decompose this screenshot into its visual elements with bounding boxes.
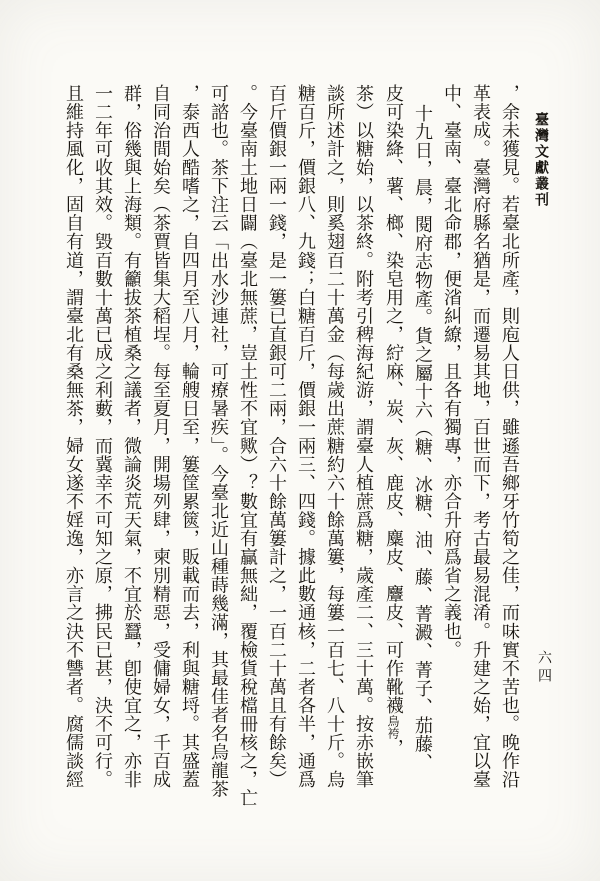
inline-small-note: 鳥袴	[386, 715, 400, 739]
text-column: 。今臺南土地日闢（臺北無蔗，豈土性不宜歟）？數宜有贏無絀，覆檢貨稅檔冊核之，亡	[233, 84, 262, 836]
series-title: 臺灣文獻叢刊	[531, 112, 551, 208]
text-column: 革表成。臺灣府縣名猶是，而遷易其地，百世而下，考古最易混淆。升建之始，宜以臺	[466, 84, 495, 836]
text-column: ，余未獲見。若臺北所產，則庖人日供，雖遜吾鄉牙竹筍之佳，而味實不苦也。晚作沿	[495, 84, 524, 836]
text-column: 十九日，晨，閱府志物產。貨之屬十六（糖、冰糖、油、藤、菁澱、菁子、茄藤、	[408, 84, 437, 836]
text-segment: 皮可染絳、薯、榔、染皂用之，紵麻、炭、灰、鹿皮、麋皮、麞皮、可作靴襪	[383, 84, 404, 715]
text-column: 談所述計之，則奚翅百二十萬金（每歲出蔗糖約六十餘萬簍，每簍一百七、八十斤。烏	[320, 84, 349, 836]
book-page: 臺灣文獻叢刊 六四 ，余未獲見。若臺北所產，則庖人日供，雖遜吾鄉牙竹筍之佳，而味…	[0, 0, 600, 881]
text-column: 茶）以糖始，以茶終。附考引稗海紀游，謂臺人植蔗爲糖，歲產二、三十萬。按赤嵌筆	[349, 84, 378, 836]
page-number: 六四	[534, 650, 554, 686]
text-column: 皮可染絳、薯、榔、染皂用之，紵麻、炭、灰、鹿皮、麋皮、麞皮、可作靴襪鳥袴，	[378, 84, 408, 836]
text-block: ，余未獲見。若臺北所產，則庖人日供，雖遜吾鄉牙竹筍之佳，而味實不苦也。晚作沿 革…	[59, 84, 524, 836]
text-column: 且維持風化，固自有道，謂臺北有桑無茶，婦女遂不婬逸，亦言之決不讐者。腐儒談經	[59, 84, 88, 836]
text-column: ，泰西人酷嗜之，自四月至八月，輪艘日至，簍筐累篋，販載而去，利與糖埒。其盛蓋	[175, 84, 204, 836]
text-column: 百斤價銀一兩一錢，是一簍已直銀可二兩，合六十餘萬簍計之，一百二十萬且有餘矣）	[262, 84, 291, 836]
text-column: 自同治間始矣（茶賈皆集大稻埕。每至夏月，開場列肆，柬別精惡，受傭婦女，千百成	[146, 84, 175, 836]
text-column: 一二年可收其效。毀百數十萬已成之利藪，而冀幸不可知之原，拂民已甚，決不可行。	[88, 84, 117, 836]
text-segment: ，	[383, 739, 404, 758]
text-column: 糖百斤，價銀八、九錢；白糖百斤，價銀一兩三、四錢。據此數通核，二者各半，通爲	[291, 84, 320, 836]
text-column: 中、臺南、臺北命郡，便渻糾繚，且各有獨專，亦合升府爲省之義也。	[437, 84, 466, 836]
text-column: 群，俗幾與上海類。有籲拔茶植桑之議者，微論炎荒天氣，不宜於蠶，卽使宜之，亦非	[117, 84, 146, 836]
text-column: 可諮也。茶下注云「出水沙連社，可療暑疾」。今臺北近山種蒔幾滿，其最佳者名烏龍茶	[204, 84, 233, 836]
